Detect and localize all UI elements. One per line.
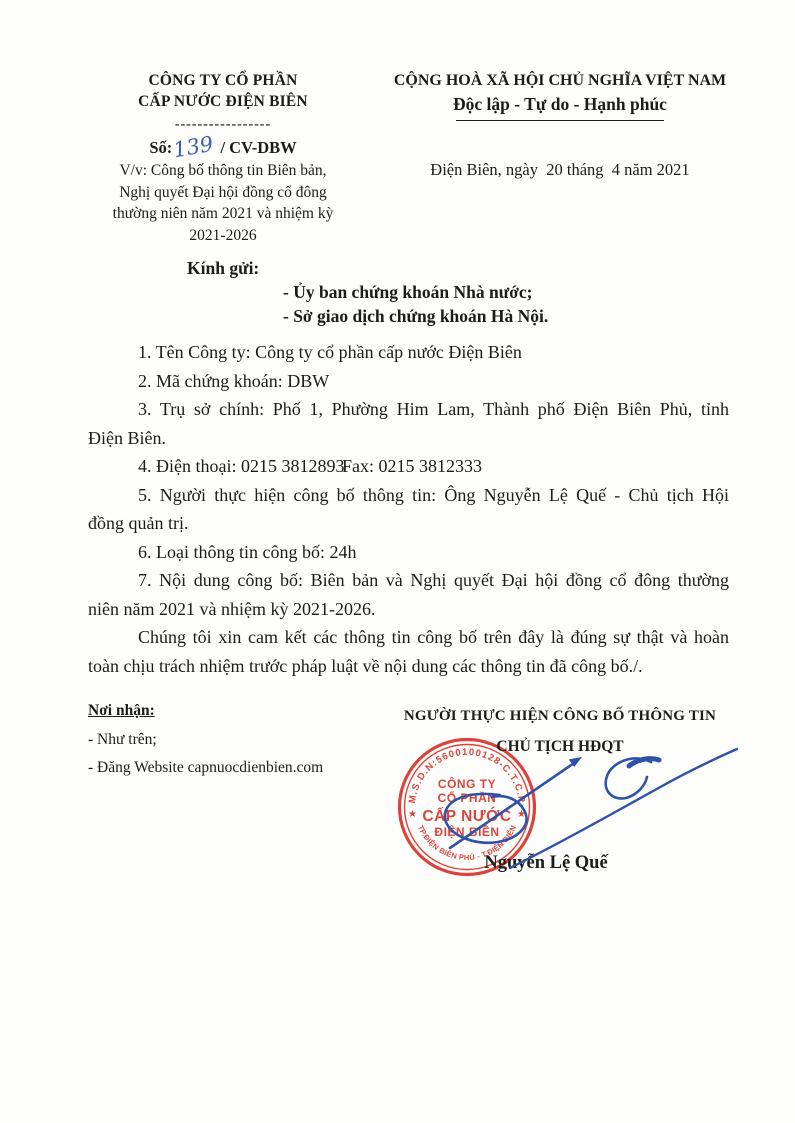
stamp-star-left-icon: ★ [408, 809, 417, 820]
recipient-line-1: - Ủy ban chứng khoán Nhà nước; [283, 280, 548, 304]
recipient-line-2: - Sở giao dịch chứng khoán Hà Nội. [283, 304, 548, 328]
body-line: Điện Biên. [88, 424, 729, 453]
body-line: 7. Nội dung công bố: Biên bản và Nghị qu… [88, 566, 729, 595]
signer-title-1: NGƯỜI THỰC HIỆN CÔNG BỐ THÔNG TIN [380, 706, 740, 726]
company-header-block: CÔNG TY CỔ PHẦN CẤP NƯỚC ĐIỆN BIÊN -----… [78, 70, 368, 246]
body-text: 1. Tên Công ty: Công ty cổ phần cấp nước… [88, 338, 729, 680]
noi-nhan-item-1: - Như trên; [88, 731, 157, 749]
subject-line-4: 2021-2026 [78, 225, 368, 247]
doc-no-suffix: / CV-DBW [220, 138, 296, 157]
phone-text: 4. Điện thoại: 0215 3812893 [138, 456, 344, 476]
body-line: 1. Tên Công ty: Công ty cổ phần cấp nước… [88, 338, 729, 367]
body-line: 6. Loại thông tin công bố: 24h [88, 538, 729, 567]
company-name-line2: CẤP NƯỚC ĐIỆN BIÊN [78, 91, 368, 112]
document-page: CÔNG TY CỔ PHẦN CẤP NƯỚC ĐIỆN BIÊN -----… [0, 0, 795, 1123]
company-name-line1: CÔNG TY CỔ PHẦN [78, 70, 368, 91]
signature-curl-accent [629, 759, 659, 766]
national-line2: Độc lập - Tự do - Hạnh phúc [380, 92, 740, 116]
national-header-block: CỘNG HOÀ XÃ HỘI CHỦ NGHĨA VIỆT NAM Độc l… [380, 70, 740, 182]
date-line: Điện Biên, ngày 20 tháng 4 năm 2021 [380, 158, 740, 182]
fax-text: Fax: 0215 3812333 [342, 452, 482, 481]
signer-name: Nguyễn Lệ Quế [446, 853, 646, 874]
subject-line-1: V/v: Công bố thông tin Biên bản, [78, 160, 368, 182]
stamp-center-line3: CẤP NƯỚC [422, 807, 511, 825]
subject-line-2: Nghị quyết Đại hội đồng cổ đông [78, 182, 368, 204]
company-divider: ----------------- [78, 118, 368, 132]
stamp-center-line2: CỔ PHẦN [438, 790, 497, 805]
stamp-center-line4: ĐIỆN BIÊN [434, 824, 499, 839]
doc-no-handwritten: 139 [172, 132, 216, 163]
stamp-center-line1: CÔNG TY [438, 776, 496, 791]
subject-line-3: thường niên năm 2021 và nhiệm kỳ [78, 203, 368, 225]
national-line1: CỘNG HOÀ XÃ HỘI CHỦ NGHĨA VIỆT NAM [380, 70, 740, 92]
body-line: niên năm 2021 và nhiệm kỳ 2021-2026. [88, 595, 729, 624]
noi-nhan-label: Nơi nhận: [88, 702, 155, 720]
signature-titles: NGƯỜI THỰC HIỆN CÔNG BỐ THÔNG TIN CHỦ TỊ… [380, 706, 740, 757]
salutation-recipients: - Ủy ban chứng khoán Nhà nước; - Sở giao… [283, 280, 548, 328]
body-line: toàn chịu trách nhiệm trước pháp luật về… [88, 652, 729, 681]
stamp-star-right-icon: ★ [517, 809, 526, 820]
noi-nhan-item-2: - Đăng Website capnuocdienbien.com [88, 759, 323, 777]
body-line: đồng quản trị. [88, 509, 729, 538]
document-number-line: Số:139 / CV-DBW [78, 134, 368, 160]
body-line: 3. Trụ sở chính: Phố 1, Phường Him Lam, … [88, 395, 729, 424]
body-line-phone: 4. Điện thoại: 0215 3812893Fax: 0215 381… [88, 452, 729, 481]
signature-curl-stroke [606, 758, 651, 798]
body-line: 2. Mã chứng khoán: DBW [88, 367, 729, 396]
body-line: Chúng tôi xin cam kết các thông tin công… [88, 623, 729, 652]
motto-underline [456, 120, 664, 121]
signer-title-2: CHỦ TỊCH HĐQT [380, 737, 740, 757]
body-line: 5. Người thực hiện công bố thông tin: Ôn… [88, 481, 729, 510]
doc-no-label: Số: [149, 138, 172, 157]
salutation-label: Kính gửi: [187, 258, 259, 279]
signature-sweep-stroke [510, 749, 737, 868]
signature-arrowhead [569, 757, 582, 767]
stamp-inner-ring [405, 745, 530, 870]
